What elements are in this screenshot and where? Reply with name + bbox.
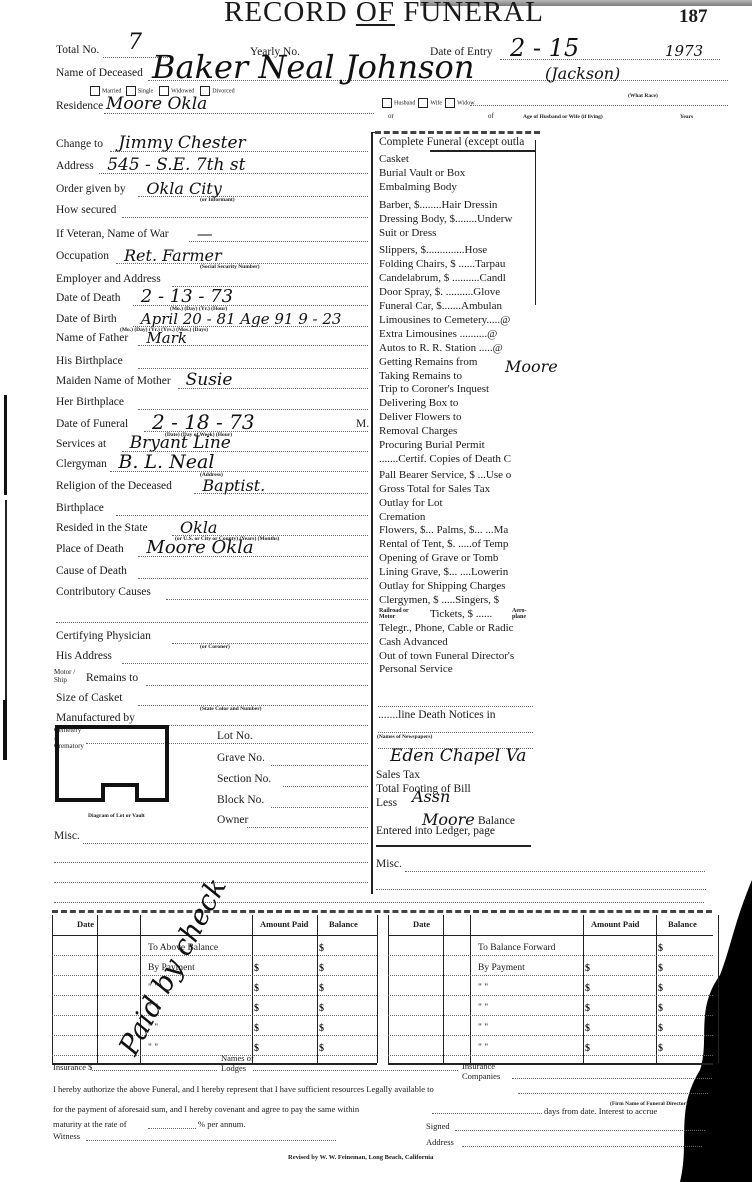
ledger-header: Balance: [329, 919, 358, 929]
charge-item: Autos to R. R. Station .....@: [379, 342, 535, 354]
field-line: [138, 578, 368, 579]
newspapers-note: (Names of Newspapers): [377, 734, 432, 740]
field-label: How secured: [56, 204, 116, 216]
misc-right-label: Misc.: [376, 858, 402, 870]
lot-field-line[interactable]: [271, 807, 368, 808]
witness-label: Witness: [53, 1131, 80, 1141]
lot-diagram: [55, 725, 170, 807]
dollar-sign: $: [585, 1043, 590, 1054]
field-value[interactable]: 2 - 13 - 73: [141, 286, 233, 307]
field-label: Change to: [56, 138, 103, 150]
checkbox-widow[interactable]: [445, 98, 455, 108]
field-line: [56, 622, 368, 623]
misc-left-line: [54, 862, 368, 863]
title-word: FUNERAL: [403, 0, 544, 28]
ledger-row-line[interactable]: [52, 975, 377, 976]
field-label: Address: [56, 160, 94, 172]
charge-item: Opening of Grave or Tomb: [379, 552, 535, 564]
getting-remains-value[interactable]: Moore: [505, 357, 558, 376]
field-label: Occupation: [56, 250, 109, 262]
dollar-sign: $: [254, 963, 259, 974]
signature-handwriting: Paid by check: [112, 872, 233, 1060]
field-note: (or Informant): [200, 197, 235, 203]
ledger-row-line[interactable]: [388, 995, 713, 996]
ledger-row-line[interactable]: [52, 1035, 377, 1036]
lot-field-label: Owner: [217, 814, 248, 826]
charge-item: Gross Total for Sales Tax: [379, 483, 535, 495]
field-line: [116, 515, 368, 516]
charge-item: Telegr., Phone, Cable or Radic: [379, 622, 535, 634]
field-label: Date of Funeral: [56, 418, 128, 430]
field-line: [138, 368, 368, 369]
scan-edge-mark: [5, 500, 7, 700]
spouse-label: Husband: [394, 100, 415, 106]
dollar-sign: $: [658, 1043, 663, 1054]
charge-item: Suit or Dress: [379, 227, 535, 239]
dollar-sign: $: [585, 1023, 590, 1034]
charge-item: Personal Service: [379, 663, 535, 675]
charge-item: Deliver Flowers to: [379, 411, 535, 423]
field-note: (Social Security Number): [200, 264, 260, 270]
field-value[interactable]: Ret. Farmer: [124, 246, 222, 265]
per-annum-text: % per annum.: [198, 1119, 245, 1129]
residence-value[interactable]: Moore Okla: [106, 94, 207, 114]
charges-right-edge: [535, 140, 536, 305]
field-label: Birthplace: [56, 502, 104, 514]
lot-field-line[interactable]: [247, 827, 368, 828]
total-no-label: Total No.: [56, 44, 99, 56]
address-line[interactable]: [462, 1146, 702, 1147]
charge-item: Barber, $........Hair Dressin: [379, 199, 535, 211]
charges-heading: Complete Funeral (except outla: [379, 136, 524, 148]
ledger-header: Date: [413, 919, 430, 929]
insurance-label: Insurance $: [53, 1062, 92, 1072]
misc-line: [54, 902, 704, 903]
field-value[interactable]: Jimmy Chester: [118, 133, 245, 153]
field-value[interactable]: 545 - S.E. 7th st: [107, 155, 245, 175]
charge-item: Procuring Burial Permit: [379, 439, 535, 451]
of-label: of: [488, 112, 494, 120]
field-value[interactable]: Okla City: [146, 179, 221, 198]
ledger-row-line[interactable]: [52, 955, 377, 956]
ledger-header: Date: [77, 919, 94, 929]
charge-item: Pall Bearer Service, $ ...Use o: [379, 469, 535, 481]
charge-item: Door Spray, $. ..........Glove: [379, 286, 535, 298]
ledger-row-line[interactable]: [52, 1055, 377, 1056]
lot-field-line[interactable]: [283, 786, 368, 787]
ledger-row-line[interactable]: [388, 1035, 713, 1036]
ledger-bottom-line: [388, 1063, 713, 1065]
field-line: [122, 663, 368, 664]
field-label: Manufactured by: [56, 712, 135, 724]
marital-label: Divorced: [212, 88, 234, 94]
field-line: [122, 217, 368, 218]
charge-item: Burial Vault or Box: [379, 167, 535, 179]
dollar-sign: $: [658, 983, 663, 994]
field-label: His Birthplace: [56, 355, 123, 367]
dollar-sign: $: [585, 983, 590, 994]
lot-field-label: Grave No.: [217, 752, 265, 764]
date-of-entry-value[interactable]: 2 - 15: [510, 34, 579, 62]
aeroplane-note: Aero-plane: [512, 608, 534, 620]
misc-right-line: [405, 871, 705, 872]
name-of-deceased-value[interactable]: Baker Neal Johnson: [152, 48, 474, 86]
scan-edge-mark: [4, 395, 7, 495]
field-label: His Address: [56, 650, 112, 662]
field-line: [144, 725, 368, 726]
name-of-deceased-label: Name of Deceased: [56, 67, 143, 79]
authorize-text: I hereby authorize the above Funeral, an…: [53, 1084, 434, 1094]
field-value[interactable]: B. L. Neal: [118, 451, 214, 473]
ledger-col-line: [388, 915, 389, 1063]
charge-item: Extra Limousines ..........@: [379, 328, 535, 340]
field-value[interactable]: 2 - 18 - 73: [152, 410, 255, 434]
field-line: [189, 241, 368, 242]
payment-text: for the payment of aforesaid sum, and I …: [53, 1104, 359, 1114]
ledger-header: Balance: [668, 919, 697, 929]
charge-item: Limousines to Cemetery.....@: [379, 314, 535, 326]
charge-item: Outlay for Shipping Charges: [379, 580, 535, 592]
field-label: Place of Death: [56, 543, 124, 555]
field-label: Order given by: [56, 183, 126, 195]
field-label: Employer and Address: [56, 273, 161, 285]
lot-field-label: Lot No.: [217, 730, 253, 742]
or-label: or: [388, 112, 394, 120]
field-label: Clergyman: [56, 458, 107, 470]
ledger-row-label: By Payment: [478, 963, 525, 973]
ledger-row-label: " ": [478, 983, 488, 993]
field-line: [146, 685, 368, 686]
scan-edge-mark: [3, 700, 7, 760]
page-number: 187: [679, 6, 708, 28]
less-label: Less: [376, 797, 397, 809]
residence-label: Residence: [56, 100, 103, 112]
charge-item: Folding Chairs, $ ......Tarpau: [379, 258, 535, 270]
ledger-row-label: " ": [478, 1003, 488, 1013]
years-label: Years: [680, 114, 693, 120]
ledger-row-label: To Balance Forward: [478, 943, 555, 953]
ledger-row-line[interactable]: [52, 995, 377, 996]
dollar-sign: $: [319, 983, 324, 994]
field-value[interactable]: Bryant Line: [130, 433, 231, 453]
ledger-row-label: " ": [478, 1043, 488, 1053]
field-note: (State Color and Number): [200, 706, 261, 712]
ledger-row-line[interactable]: [52, 1015, 377, 1016]
ledger-row-line[interactable]: [388, 975, 713, 976]
field-value[interactable]: Mark: [146, 329, 187, 347]
field-value[interactable]: Susie: [186, 370, 233, 390]
charges-line: [378, 732, 533, 733]
charge-item: Cash Advanced: [379, 636, 535, 648]
signed-label: Signed: [426, 1121, 450, 1131]
charge-item: Funeral Car, $.......Ambulan: [379, 300, 535, 312]
field-label: Cause of Death: [56, 565, 127, 577]
ledger-row-line[interactable]: [388, 1055, 713, 1056]
charge-item: .......Certif. Copies of Death C: [379, 453, 535, 465]
dollar-sign: $: [319, 963, 324, 974]
column-divider: [371, 132, 373, 894]
field-note: (or Coroner): [200, 644, 230, 650]
dollar-sign: $: [254, 1003, 259, 1014]
charge-item: Slippers, $..............Hose: [379, 244, 535, 256]
ledger-row-line[interactable]: [388, 955, 713, 956]
railroad-note: Railroad or Motor: [379, 608, 421, 620]
dollar-sign: $: [658, 963, 663, 974]
field-label: Religion of the Deceased: [56, 480, 172, 492]
less-value[interactable]: Assn: [412, 787, 450, 806]
field-label: Services at: [56, 438, 106, 450]
maturity-text: maturity at the rate of: [53, 1119, 127, 1129]
dollar-sign: $: [658, 1003, 663, 1014]
checkbox-wife[interactable]: [418, 98, 428, 108]
ledger-header-line: [388, 935, 713, 936]
ledger-value[interactable]: Moore: [422, 810, 475, 829]
field-line: [166, 599, 368, 600]
ledger-top-divider: [52, 910, 712, 913]
lot-field-line[interactable]: [271, 765, 368, 766]
title-word: OF: [356, 0, 395, 28]
signed-line[interactable]: [455, 1130, 705, 1131]
ledger-col-line: [317, 915, 318, 1063]
field-label: Name of Father: [56, 332, 128, 344]
charge-item: Flowers, $... Palms, $... ...Ma: [379, 524, 535, 536]
dollar-sign: $: [319, 943, 324, 954]
misc-left-label: Misc.: [54, 830, 80, 842]
charge-item: Casket: [379, 153, 535, 165]
field-value[interactable]: Moore Okla: [146, 537, 253, 558]
rate-line: [148, 1128, 196, 1129]
field-label: Her Birthplace: [56, 396, 124, 408]
age-spouse-label: Age of Husband or Wife (if living): [523, 114, 603, 120]
dollar-sign: $: [658, 1023, 663, 1034]
lot-field-label: Block No.: [217, 794, 264, 806]
ledger-header-line: [52, 935, 377, 936]
charge-item: Rental of Tent, $. .....of Temp: [379, 538, 535, 550]
firm-line: [518, 1093, 708, 1094]
checkbox-husband[interactable]: [382, 98, 392, 108]
charges-end-line: [376, 845, 531, 847]
charge-item: Removal Charges: [379, 425, 535, 437]
sales-tax-label: Sales Tax: [376, 769, 420, 781]
field-suffix: M.: [356, 418, 369, 430]
name-alt-value[interactable]: (Jackson): [545, 64, 620, 83]
ledger-col-line: [443, 915, 444, 1063]
dollar-sign: $: [254, 983, 259, 994]
ledger-col-line: [470, 915, 471, 1063]
charge-item: Lining Grave, $... ....Lowerin: [379, 566, 535, 578]
field-label: If Veteran, Name of War: [56, 228, 169, 240]
spouse-label: Wife: [430, 100, 442, 106]
ledger-col-line: [718, 915, 719, 1063]
ledger-bottom-line: [52, 1063, 377, 1065]
field-value[interactable]: Okla: [180, 518, 217, 537]
dollar-sign: $: [319, 1003, 324, 1014]
death-notices-label: .......line Death Notices in: [378, 709, 496, 721]
field-value[interactable]: —: [197, 224, 213, 243]
dollar-sign: $: [319, 1043, 324, 1054]
ledger-col-line: [583, 915, 584, 1063]
dollar-sign: $: [585, 1003, 590, 1014]
field-prefix: Motor / Ship: [54, 668, 78, 684]
charge-item: Tickets, $ ......: [430, 608, 510, 620]
dollar-sign: $: [254, 1023, 259, 1034]
address-label: Address: [426, 1137, 454, 1147]
days-from-date-text: days from date. Interest to accrue: [544, 1106, 657, 1116]
dollar-sign: $: [658, 943, 663, 954]
what-race-note: (What Race): [628, 93, 658, 99]
charge-item: Clergymen, $ .....Singers, $: [379, 594, 535, 606]
lot-field-line[interactable]: [259, 743, 368, 744]
title-word: RECORD: [224, 0, 348, 28]
heading-underline: [430, 150, 535, 152]
field-value[interactable]: Baptist.: [202, 476, 265, 495]
dollar-sign: $: [585, 963, 590, 974]
lot-diagram-caption: Diagram of Lot or Vault: [88, 813, 145, 819]
charge-item: Embalming Body: [379, 181, 535, 193]
field-label: Date of Death: [56, 292, 121, 304]
lodges-line: [253, 1070, 458, 1071]
field-label: Certifying Physician: [56, 630, 151, 642]
checkbox-married[interactable]: [90, 86, 100, 96]
newspaper-value[interactable]: Eden Chapel Va: [390, 746, 526, 766]
misc-right-line: [376, 889, 706, 890]
charges-line: [378, 706, 533, 707]
lot-field-label: Section No.: [217, 773, 271, 785]
revised-by-credit: Revised by W. W. Feineman, Long Beach, C…: [288, 1154, 433, 1161]
ledger-col-line: [656, 915, 657, 1063]
ledger-col-line: [377, 915, 378, 1063]
companies-line: [512, 1078, 712, 1079]
misc-left-line: [83, 843, 368, 844]
charge-item: Candelabrum, $ ..........Candl: [379, 272, 535, 284]
charge-item: Delivering Box to: [379, 397, 535, 409]
ledger-col-line: [252, 915, 253, 1063]
field-value[interactable]: April 20 - 81 Age 91 9 - 23: [141, 310, 342, 328]
ledger-row-line[interactable]: [388, 1015, 713, 1016]
section-divider: [375, 131, 540, 134]
ledger-col-line: [97, 915, 98, 1063]
witness-line[interactable]: [86, 1140, 336, 1141]
charge-item: Dressing Body, $........Underw: [379, 213, 535, 225]
field-label: Resided in the State: [56, 522, 148, 534]
spouse-status-group: Husband Wife Widow: [382, 98, 475, 108]
page-title: RECORD OF FUNERAL: [224, 0, 544, 29]
days-line: [432, 1113, 542, 1114]
total-no-value[interactable]: 7: [128, 30, 142, 55]
charge-item: Cremation: [379, 511, 535, 523]
ledger-row-label: " ": [478, 1023, 488, 1033]
ledger-col-line: [52, 915, 53, 1063]
ledger-header: Amount Paid: [591, 919, 639, 929]
field-label: Maiden Name of Mother: [56, 375, 171, 387]
race-line: [470, 105, 728, 106]
date-of-entry-year[interactable]: 1973: [665, 42, 703, 60]
charge-item: Trip to Coroner's Inquest: [379, 383, 535, 395]
insurance-line: [92, 1070, 217, 1071]
ledger-header: Amount Paid: [260, 919, 308, 929]
field-label: Contributory Causes: [56, 586, 151, 598]
divider: [373, 132, 375, 133]
field-label: Date of Birth: [56, 313, 117, 325]
field-label: Size of Casket: [56, 692, 122, 704]
charge-item: Out of town Funeral Director's: [379, 650, 535, 662]
charge-item: Outlay for Lot: [379, 497, 535, 509]
field-label: Remains to: [86, 672, 138, 684]
dollar-sign: $: [319, 1023, 324, 1034]
